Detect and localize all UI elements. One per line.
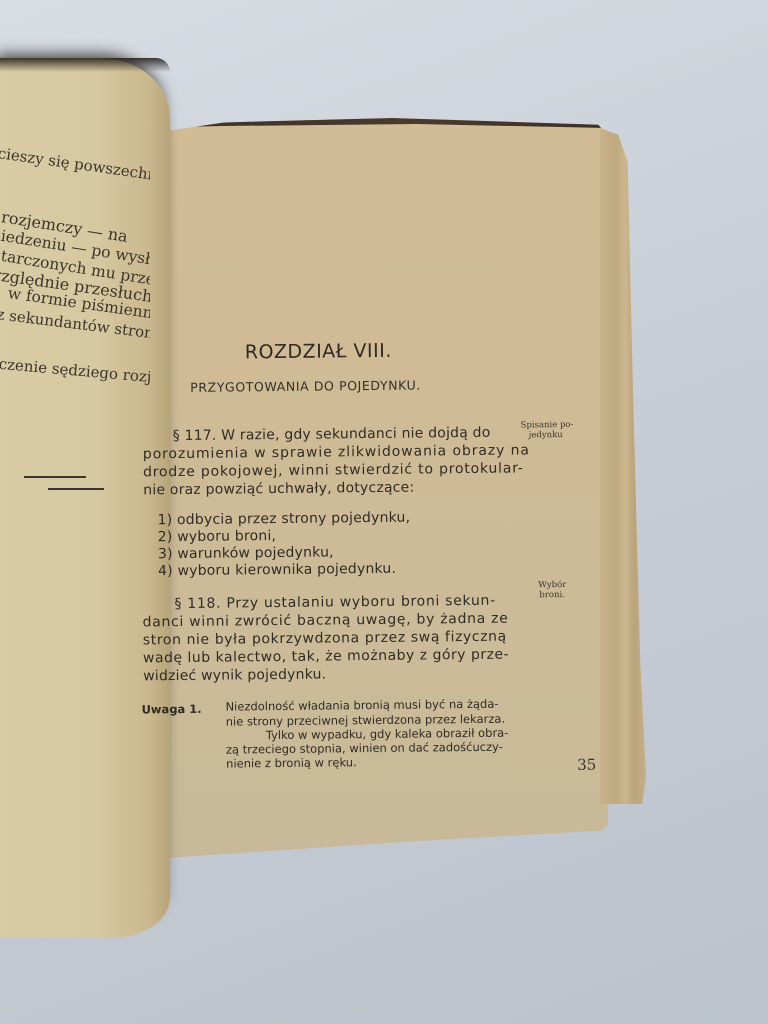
list-item: 2) wyboru broni, <box>158 528 277 545</box>
chapter-title: ROZDZIAŁ VIII. <box>245 340 392 364</box>
paragraph-118-line: stron nie była pokrzywdzona przez swą fi… <box>143 629 507 649</box>
list-item: 4) wyboru kierownika pojedynku. <box>158 561 396 579</box>
section-divider-rule <box>48 488 104 490</box>
page-number: 35 <box>577 756 596 774</box>
paragraph-117-line: nie oraz powziąć uchwały, dotyczące: <box>143 480 414 499</box>
photo-scene: cieszy się powszechn ia rozjemczy — na o… <box>0 0 768 1024</box>
paragraph-117-line: drodze pokojowej, winni stwierdzić to pr… <box>143 460 524 480</box>
paragraph-117-line: § 117. W razie, gdy sekundanci nie dojdą… <box>173 425 491 444</box>
paragraph-118-line: widzieć wynik pojedynku. <box>143 667 326 685</box>
list-item: 1) odbycia przez strony pojedynku, <box>157 510 410 529</box>
paragraph-118-line: wadę lub kalectwo, tak, że możnaby z gór… <box>143 647 509 667</box>
note-line: zą trzeciego stopnia, winien on dać zado… <box>226 740 503 757</box>
margin-note-118: Wybór broni. <box>538 580 566 600</box>
left-line: eczenie sędziego rozjem <box>0 354 150 388</box>
left-page-text: cieszy się powszechn ia rozjemczy — na o… <box>0 58 150 958</box>
note-label: Uwaga 1. <box>141 702 201 717</box>
margin-note-117: Spisanie po- jedynku <box>521 420 574 441</box>
right-page-text: ROZDZIAŁ VIII. PRZYGOTOWANIA DO POJEDYNK… <box>138 328 613 793</box>
paragraph-118-line: danci winni zwrócić baczną uwagę, by żad… <box>143 611 509 631</box>
paragraph-117-line: porozumienia w sprawie zlikwidowania obr… <box>143 442 530 462</box>
list-item: 3) warunków pojedynku, <box>158 544 334 562</box>
note-line: Niezdolność władania bronią musi być na … <box>225 697 498 714</box>
left-line: cieszy się powszechn <box>0 144 150 184</box>
section-divider-rule <box>24 476 86 478</box>
paragraph-118-line: § 118. Przy ustalaniu wyboru broni sekun… <box>174 593 496 612</box>
section-title: PRZYGOTOWANIA DO POJEDYNKU. <box>190 378 421 395</box>
note-line: nienie z bronią w ręku. <box>226 755 357 770</box>
